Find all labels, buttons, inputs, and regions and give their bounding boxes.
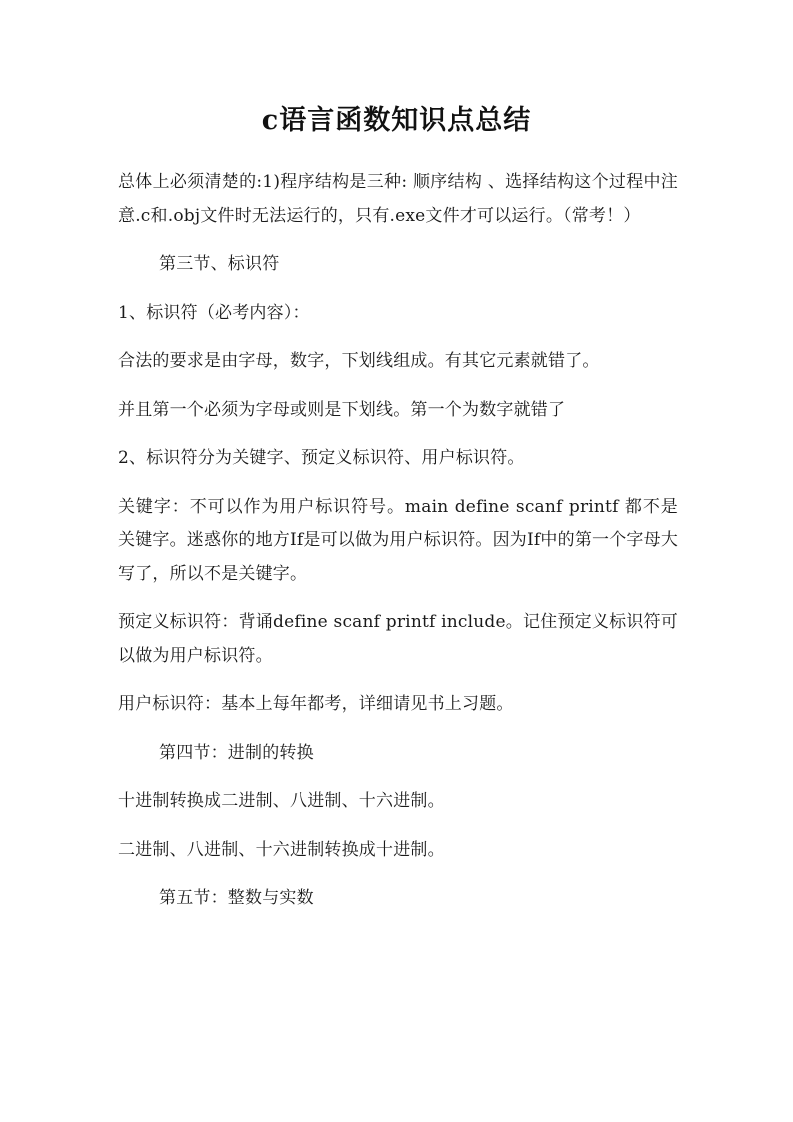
section-heading-integers-reals: 第五节：整数与实数	[118, 882, 678, 916]
paragraph-others-to-decimal: 二进制、八进制、十六进制转换成十进制。	[118, 834, 678, 868]
section-heading-base-conversion: 第四节：进制的转换	[118, 737, 678, 771]
paragraph-keywords: 关键字：不可以作为用户标识符号。main define scanf printf…	[118, 491, 678, 592]
document-page: c语言函数知识点总结 总体上必须清楚的:1)程序结构是三种: 顺序结构 、选择结…	[0, 0, 793, 1122]
paragraph-user-identifiers: 用户标识符：基本上每年都考，详细请见书上习题。	[118, 688, 678, 722]
paragraph-identifier-types: 2、标识符分为关键字、预定义标识符、用户标识符。	[118, 442, 678, 476]
paragraph-decimal-to-others: 十进制转换成二进制、八进制、十六进制。	[118, 785, 678, 819]
paragraph-first-char-rule: 并且第一个必须为字母或则是下划线。第一个为数字就错了	[118, 394, 678, 428]
paragraph-program-structure: 总体上必须清楚的:1)程序结构是三种: 顺序结构 、选择结构这个过程中注意.c和…	[118, 166, 678, 233]
document-body: 总体上必须清楚的:1)程序结构是三种: 顺序结构 、选择结构这个过程中注意.c和…	[118, 166, 678, 931]
paragraph-predefined-identifiers: 预定义标识符：背诵define scanf printf include。记住预…	[118, 606, 678, 673]
section-heading-identifiers: 第三节、标识符	[118, 248, 678, 282]
paragraph-legal-rules: 合法的要求是由字母，数字，下划线组成。有其它元素就错了。	[118, 345, 678, 379]
document-title: c语言函数知识点总结	[0, 98, 793, 137]
paragraph-identifier-intro: 1、标识符（必考内容）：	[118, 297, 678, 331]
